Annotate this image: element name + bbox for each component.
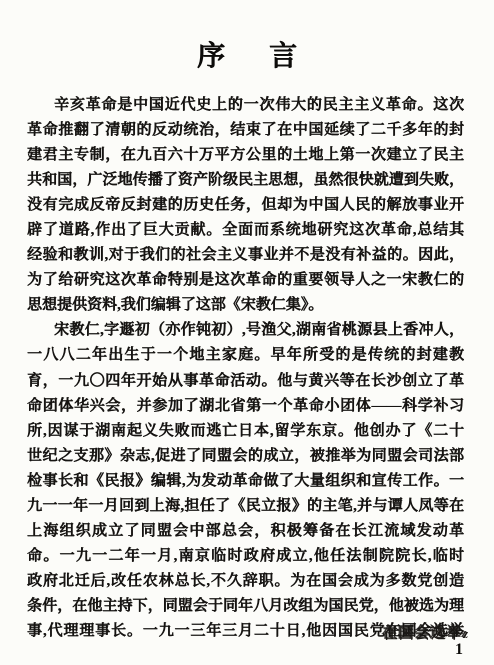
- book-page: 序 言 辛亥革命是中国近代史上的一次伟大的民主主义革命。这次 革命推翻了清朝的反…: [0, 0, 494, 665]
- text-line: 辛亥革命是中国近代史上的一次伟大的民主主义革命。这次: [27, 93, 464, 118]
- page-title: 序 言: [0, 34, 494, 74]
- paragraph-2: 宋教仁,字遯初（亦作钝初）,号渔父,湖南省桃源县上香冲人， 一八八二年出生于一个…: [27, 318, 464, 644]
- text-line: 建君主专制，在九百六十万平方公里的土地上第一次建立了民主: [27, 143, 464, 168]
- stray-mark: z: [463, 626, 468, 641]
- text-line: 宋教仁,字遯初（亦作钝初）,号渔父,湖南省桃源县上香冲人，: [27, 318, 464, 343]
- text-line: 革命推翻了清朝的反动统治，结束了在中国延续了二千多年的封: [27, 118, 464, 143]
- title-char-1: 序: [197, 34, 225, 74]
- text-line: 命团体华兴会，并参加了湖北省第一个革命小团体——科学补习: [27, 394, 464, 419]
- text-line: 条件，在他主持下，同盟会于同年八月改组为国民党，他被选为理: [27, 594, 464, 619]
- text-line: 没有完成反帝反封建的历史任务，但却为中国人民的解放事业开: [27, 193, 464, 218]
- text-line: 育，一九〇四年开始从事革命活动。他与黄兴等在长沙创立了革: [27, 369, 464, 394]
- text-line: 政府北迁后,改任农林总长,不久辞职。为在国会成为多数党创造: [27, 569, 464, 594]
- paragraph-1: 辛亥革命是中国近代史上的一次伟大的民主主义革命。这次 革命推翻了清朝的反动统治，…: [27, 93, 464, 318]
- text-line: 所,因谋于湖南起义失败而逃亡日本,留学东京。他创办了《二十: [27, 419, 464, 444]
- text-line: 经验和教训,对于我们的社会主义事业并不是没有补益的。因此，: [27, 243, 464, 268]
- ghost-text: 在国会选举: [383, 626, 463, 642]
- preface-text: 辛亥革命是中国近代史上的一次伟大的民主主义革命。这次 革命推翻了清朝的反动统治，…: [27, 93, 464, 644]
- text-line: 共和国，广泛地传播了资产阶级民主思想，虽然很快就遭到失败，: [27, 168, 464, 193]
- text-line: 思想提供资料,我们编辑了这部《宋教仁集》。: [27, 293, 464, 318]
- text-line: 辟了道路,作出了巨大贡献。全面而系统地研究这次革命,总结其: [27, 218, 464, 243]
- text-line-with-artifact: 事,代理理事长。一九一三年三月二十日,他因国民党在国会选举 在国会选举z: [27, 619, 464, 644]
- text-line: 世纪之支那》杂志,促进了同盟会的成立，被推举为同盟会司法部: [27, 444, 464, 469]
- page-number: 1: [455, 641, 463, 659]
- text-line: 一八八二年出生于一个地主家庭。早年所受的是传统的封建教: [27, 343, 464, 368]
- title-char-2: 言: [269, 34, 297, 74]
- text-line: 为了给研究这次革命特别是这次革命的重要领导人之一宋教仁的: [27, 268, 464, 293]
- text-line: 九一一年一月回到上海,担任了《民立报》的主笔,并与谭人凤等在: [27, 494, 464, 519]
- text-line: 命。一九一二年一月,南京临时政府成立,他任法制院院长,临时: [27, 544, 464, 569]
- text-line: 检事长和《民报》编辑,为发动革命做了大量组织和宣传工作。一: [27, 469, 464, 494]
- text-line: 上海组织成立了同盟会中部总会，积极筹备在长江流域发动革: [27, 519, 464, 544]
